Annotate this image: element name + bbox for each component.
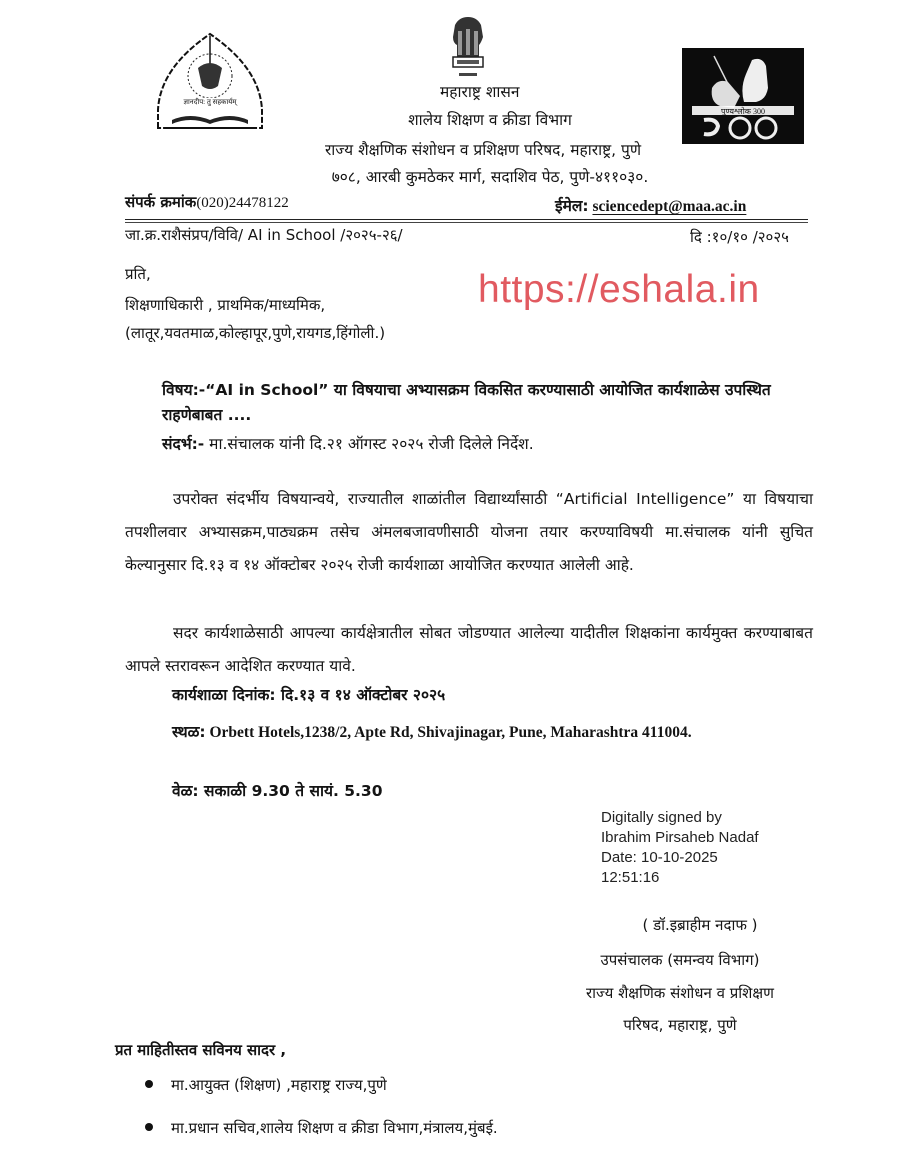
email-address: ईमेल: sciencedept@maa.ac.in — [555, 194, 746, 216]
email-link[interactable]: sciencedept@maa.ac.in — [592, 198, 746, 215]
contact-value: (020)24478122 — [196, 195, 289, 211]
balbharati-emblem-icon: ज्ञानदीप: तु सहकार्यम् — [150, 28, 270, 138]
copy-to-item-text: मा.प्रधान सचिव,शालेय शिक्षण व क्रीडा विभ… — [171, 1119, 498, 1137]
reference-text: मा.संचालक यांनी दि.२१ ऑगस्ट २०२५ रोजी दि… — [204, 435, 533, 453]
signatory-designation: उपसंचालक (समन्वय विभाग) — [540, 950, 820, 970]
workshop-time-value: सकाळी 9.30 ते सायं. 5.30 — [199, 782, 383, 800]
workshop-date: कार्यशाळा दिनांक: दि.१३ व १४ ऑक्टोबर २०२… — [172, 683, 445, 705]
department-name: शालेय शिक्षण व क्रीडा विभाग — [360, 108, 620, 130]
council-name: राज्य शैक्षणिक संशोधन व प्रशिक्षण परिषद,… — [283, 138, 683, 160]
subject-label: विषय:- — [162, 381, 205, 399]
ahilyabai-300-icon: पुण्यश्लोक 300 — [682, 48, 804, 144]
contact-label: संपर्क क्रमांक — [125, 193, 196, 211]
svg-text:पुण्यश्लोक 300: पुण्यश्लोक 300 — [721, 106, 765, 117]
workshop-time: वेळ: सकाळी 9.30 ते सायं. 5.30 — [172, 779, 382, 801]
email-label: ईमेल: — [555, 197, 589, 215]
workshop-venue-value: Orbett Hotels,1238/2, Apte Rd, Shivajina… — [206, 724, 692, 741]
government-name: महाराष्ट्र शासन — [440, 80, 560, 102]
office-address: ७०८, आरबी कुमठेकर मार्ग, सदाशिव पेठ, पुण… — [290, 165, 690, 187]
reference-label: संदर्भ:- — [162, 435, 204, 453]
copy-to-item: मा.आयुक्त (शिक्षण) ,महाराष्ट्र राज्य,पुण… — [145, 1075, 387, 1095]
svg-text:ज्ञानदीप: तु सहकार्यम्: ज्ञानदीप: तु सहकार्यम् — [183, 97, 237, 106]
digital-signature-date: Date: 10-10-2025 — [601, 848, 759, 868]
ashoka-emblem-icon — [445, 15, 491, 81]
workshop-time-label: वेळ: — [172, 782, 199, 800]
contact-number: संपर्क क्रमांक(020)24478122 — [125, 192, 289, 212]
body-paragraph-1: उपरोक्त संदर्भीय विषयान्वये, राज्यातील श… — [125, 483, 813, 582]
subject-line: विषय:-“AI in School” या विषयाचा अभ्यासक्… — [162, 378, 812, 428]
bullet-icon — [145, 1080, 153, 1088]
subject-text: “AI in School” या विषयाचा अभ्यासक्रम विक… — [162, 381, 771, 424]
digital-signature-signer: Ibrahim Pirsaheb Nadaf — [601, 828, 759, 848]
workshop-date-label: कार्यशाळा दिनांक: — [172, 686, 276, 704]
digital-signature: Digitally signed by Ibrahim Pirsaheb Nad… — [601, 808, 759, 888]
letter-date: दि :१०/१० /२०२५ — [690, 227, 789, 247]
bullet-icon — [145, 1123, 153, 1131]
reference-number: जा.क्र.राशैसंप्रप/विवि/ AI in School /२०… — [125, 225, 403, 245]
copy-to-item-text: मा.आयुक्त (शिक्षण) ,महाराष्ट्र राज्य,पुण… — [171, 1076, 387, 1094]
recipient-districts: (लातूर,यवतमाळ,कोल्हापूर,पुणे,रायगड,हिंगो… — [125, 323, 385, 343]
header-divider-thin — [125, 222, 808, 223]
signatory-organisation-location: परिषद, महाराष्ट्र, पुणे — [540, 1015, 820, 1035]
copy-to-heading: प्रत माहितीस्तव सविनय सादर , — [115, 1040, 286, 1060]
workshop-venue: स्थळ: Orbett Hotels,1238/2, Apte Rd, Shi… — [172, 717, 772, 748]
workshop-venue-label: स्थळ: — [172, 723, 206, 741]
workshop-date-value: दि.१३ व १४ ऑक्टोबर २०२५ — [276, 686, 446, 704]
watermark-url: https://eshala.in — [478, 268, 760, 312]
header-divider — [125, 219, 808, 220]
recipient-salutation: प्रति, — [125, 264, 151, 284]
digital-signature-time: 12:51:16 — [601, 868, 759, 888]
body-paragraph-2: सदर कार्यशाळेसाठी आपल्या कार्यक्षेत्राती… — [125, 617, 813, 683]
reference-line: संदर्भ:- मा.संचालक यांनी दि.२१ ऑगस्ट २०२… — [162, 432, 534, 454]
signatory-name: ( डॉ.इब्राहीम नदाफ ) — [560, 915, 840, 935]
recipient-title: शिक्षणाधिकारी , प्राथमिक/माध्यमिक, — [125, 295, 325, 315]
digital-signature-line: Digitally signed by — [601, 808, 759, 828]
signatory-organisation: राज्य शैक्षणिक संशोधन व प्रशिक्षण — [540, 983, 820, 1003]
copy-to-item: मा.प्रधान सचिव,शालेय शिक्षण व क्रीडा विभ… — [145, 1118, 498, 1138]
